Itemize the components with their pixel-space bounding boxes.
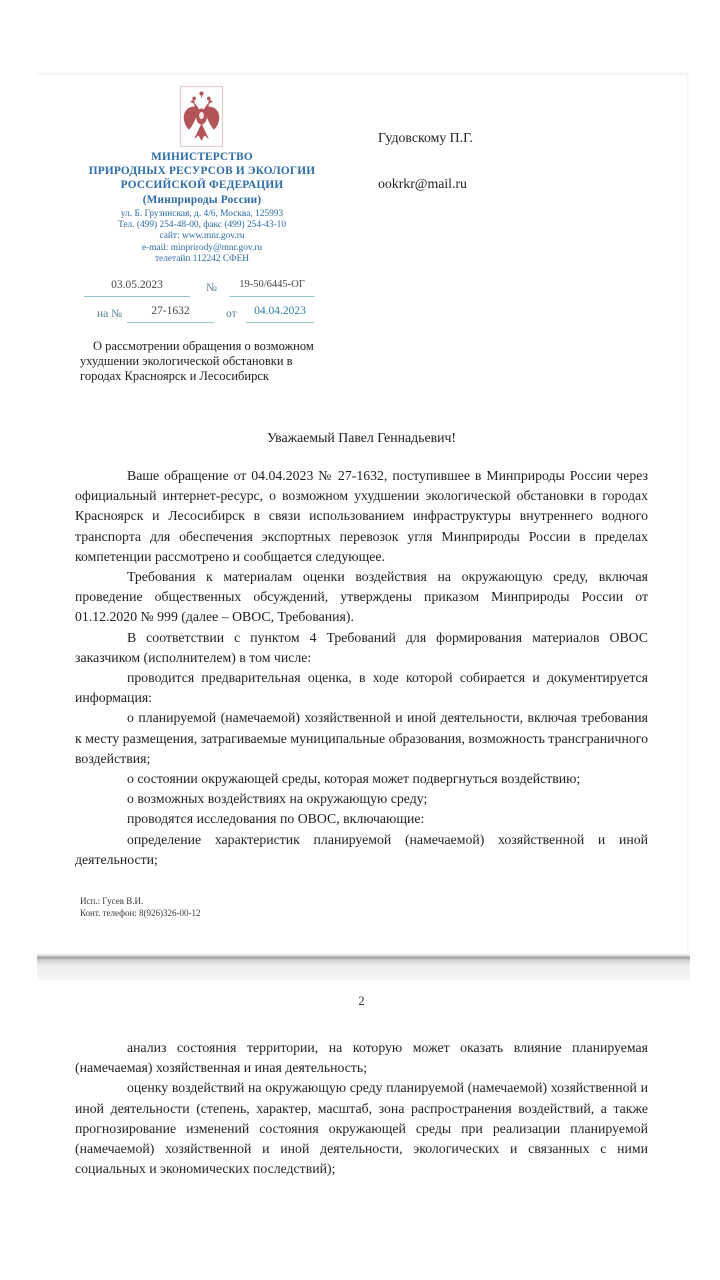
coat-of-arms-icon: [180, 85, 223, 148]
body-paragraph: о состоянии окружающей среды, которая мо…: [75, 769, 648, 789]
body-paragraph: проводятся исследования по ОВОС, включаю…: [75, 809, 648, 829]
body-paragraph: проводится предварительная оценка, в ход…: [75, 668, 648, 708]
addressee-name: Гудовскому П.Г.: [378, 130, 473, 146]
body-paragraph: Ваше обращение от 04.04.2023 № 27-1632, …: [75, 466, 648, 567]
ministry-email-line: e-mail: minprirody@mnr.gov.ru: [73, 243, 331, 254]
ministry-teletype-line: телетайп 112242 СФЕН: [73, 254, 331, 265]
executor-name: Исп.: Гусев В.И.: [80, 896, 201, 908]
body-paragraph: анализ состояния территории, на которую …: [75, 1038, 648, 1078]
body-paragraph: Требования к материалам оценки воздейств…: [75, 567, 648, 628]
salutation: Уважаемый Павел Геннадьевич!: [75, 430, 648, 446]
number-sign-label: №: [206, 282, 217, 294]
ministry-phone-line: Тел. (499) 254-48-00, факс (499) 254-43-…: [73, 220, 331, 231]
letter-body-page1: Ваше обращение от 04.04.2023 № 27-1632, …: [75, 466, 648, 870]
page-break-shadow: [37, 953, 690, 980]
letter-subject: О рассмотрении обращения о возможном уху…: [80, 339, 320, 385]
ministry-address-line: ул. Б. Грузинская, д. 4/6, Москва, 12599…: [73, 209, 331, 220]
outgoing-date-field: 03.05.2023: [84, 279, 190, 297]
ministry-contact-block: ул. Б. Грузинская, д. 4/6, Москва, 12599…: [73, 209, 331, 265]
executor-block: Исп.: Гусев В.И. Конт. телефон: 8(926)32…: [80, 896, 201, 919]
body-paragraph: определение характеристик планируемой (н…: [75, 830, 648, 870]
ministry-name-line: РОССИЙСКОЙ ФЕДЕРАЦИИ: [73, 178, 331, 192]
page1-right-edge: [687, 74, 690, 954]
body-paragraph: оценку воздействий на окружающую среду п…: [75, 1078, 648, 1179]
scanned-letter-document: МИНИСТЕРСТВО ПРИРОДНЫХ РЕСУРСОВ И ЭКОЛОГ…: [0, 0, 720, 1280]
page1-top-edge: [37, 72, 690, 76]
executor-phone: Конт. телефон: 8(926)326-00-12: [80, 908, 201, 920]
ministry-name-line: (Минприроды России): [73, 193, 331, 207]
body-paragraph: о возможных воздействиях на окружающую с…: [75, 789, 648, 809]
incoming-date-field: 04.04.2023: [246, 305, 314, 323]
ministry-name-line: МИНИСТЕРСТВО: [73, 150, 331, 164]
outgoing-number-field: 19-50/6445-ОГ: [229, 279, 315, 297]
body-paragraph: В соответствии с пунктом 4 Требований дл…: [75, 628, 648, 668]
addressee-email: ookrkr@mail.ru: [378, 176, 467, 192]
incoming-number-field: 27-1632: [127, 305, 214, 323]
ministry-name-line: ПРИРОДНЫХ РЕСУРСОВ И ЭКОЛОГИИ: [73, 164, 331, 178]
page2-number: 2: [75, 994, 648, 1009]
ministry-site-line: сайт: www.mnr.gov.ru: [73, 231, 331, 242]
from-date-label: от: [226, 308, 237, 320]
ministry-name-block: МИНИСТЕРСТВО ПРИРОДНЫХ РЕСУРСОВ И ЭКОЛОГ…: [73, 150, 331, 207]
reply-to-number-label: на №: [97, 308, 122, 320]
letter-body-page2: анализ состояния территории, на которую …: [75, 1038, 648, 1179]
body-paragraph: о планируемой (намечаемой) хозяйственной…: [75, 708, 648, 769]
